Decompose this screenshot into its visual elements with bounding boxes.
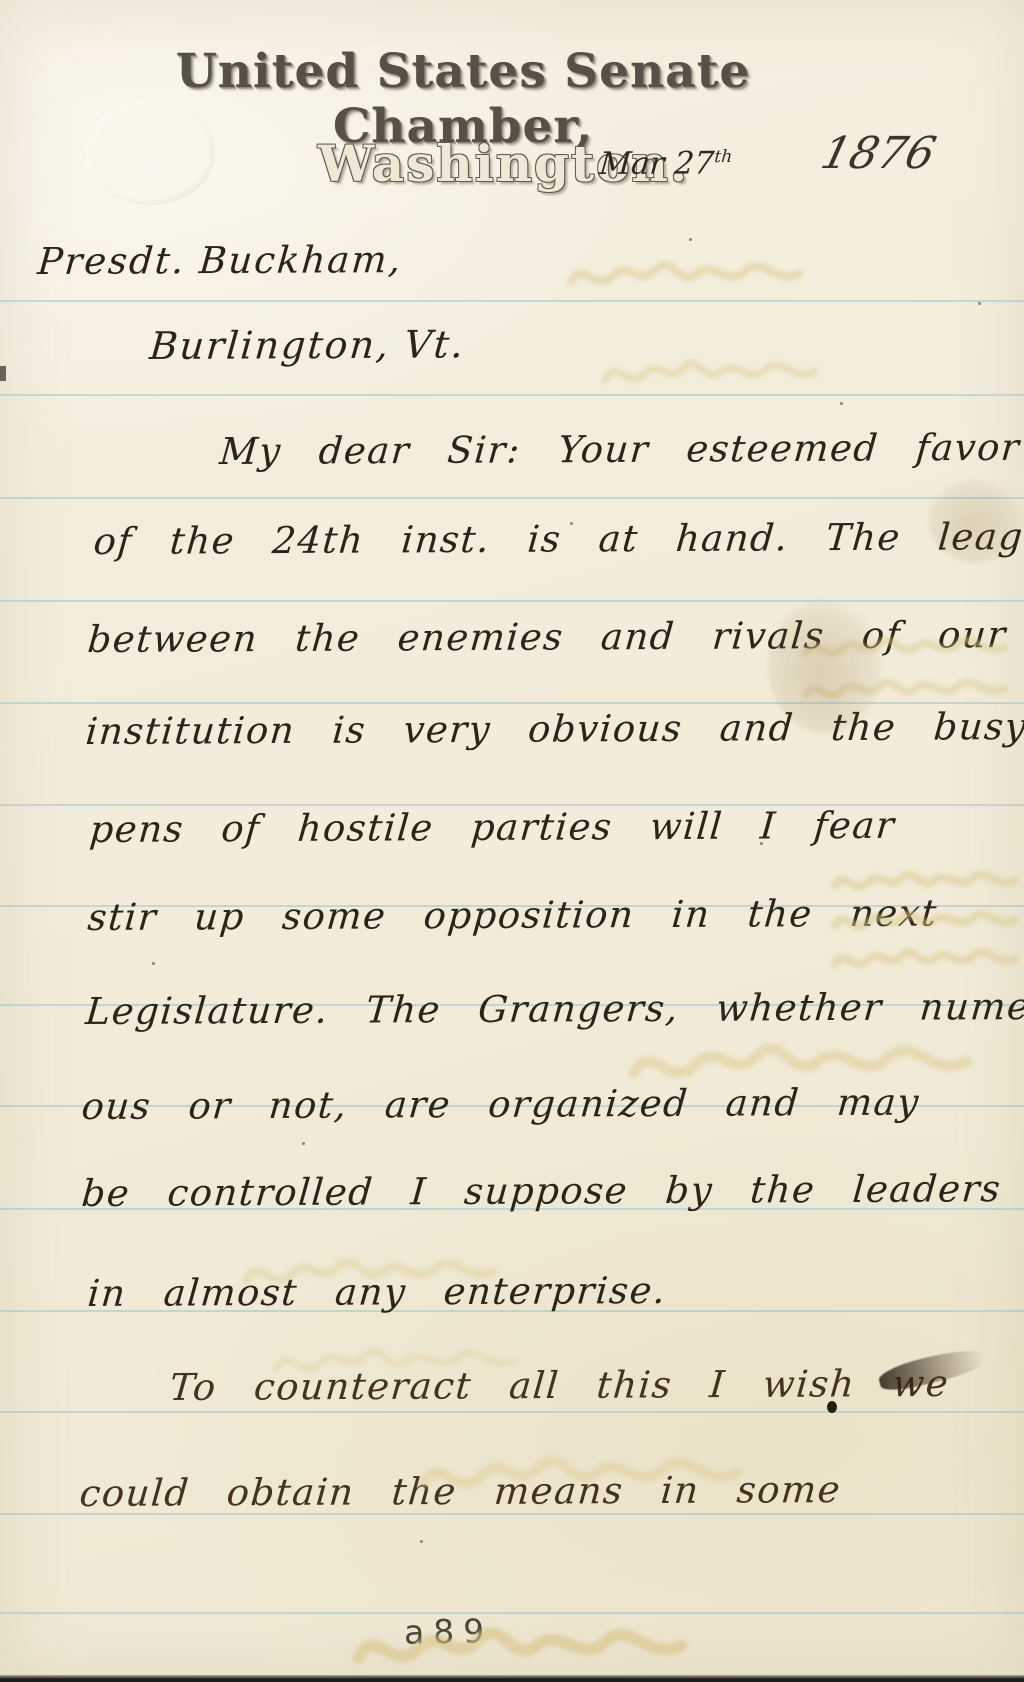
body-line: be controlled I suppose by the leaders (80, 1167, 1003, 1215)
ruled-line (0, 600, 1024, 602)
recipient-address: Burlington, Vt. (148, 322, 467, 368)
ink-showthrough (520, 252, 850, 300)
ruled-line (0, 1612, 1024, 1614)
ink-speck (302, 1142, 305, 1145)
ink-showthrough (170, 1615, 870, 1682)
ruled-line (0, 1411, 1024, 1413)
letter-page: United States Senate Chamber, Washington… (0, 0, 1024, 1682)
date-suffix: th (714, 147, 733, 167)
date-text: Mar 27 (598, 145, 715, 182)
ruled-line (0, 300, 1024, 302)
page-mark-annotation: a89 (404, 1611, 494, 1652)
body-line: My dear Sir: Your esteemed favor (218, 426, 1022, 473)
body-line: To counteract all this I wish we (168, 1362, 951, 1409)
ink-speck (978, 302, 981, 305)
body-line: could obtain the means in some (78, 1468, 843, 1515)
body-line: in almost any enterprise. (86, 1269, 668, 1315)
scan-bottom-edge (0, 1675, 1024, 1682)
body-line: of the 24th inst. is at hand. The league (92, 515, 1024, 563)
ink-speck (152, 962, 155, 965)
ruled-line (0, 497, 1024, 499)
body-line: stir up some opposition in the next (86, 892, 939, 939)
body-line: Legislature. The Grangers, whether numer (84, 985, 1024, 1033)
ink-speck (689, 238, 692, 241)
handwritten-year: 1876 (816, 128, 941, 179)
body-line: institution is very obvious and the busy (84, 705, 1024, 753)
ink-showthrough (560, 352, 860, 396)
body-line: ous or not, are organized and may (80, 1081, 921, 1128)
ruled-line (0, 702, 1024, 704)
ruled-line (0, 394, 1024, 396)
recipient-name: Presdt. Buckham, (36, 238, 404, 283)
ink-speck (840, 402, 843, 405)
ink-speck (420, 1540, 423, 1543)
handwritten-date: Mar 27th (598, 145, 733, 182)
body-line: pens of hostile parties will I fear (88, 804, 897, 851)
edge-mark (0, 366, 6, 381)
body-line: between the enemies and rivals of our (86, 613, 1008, 661)
